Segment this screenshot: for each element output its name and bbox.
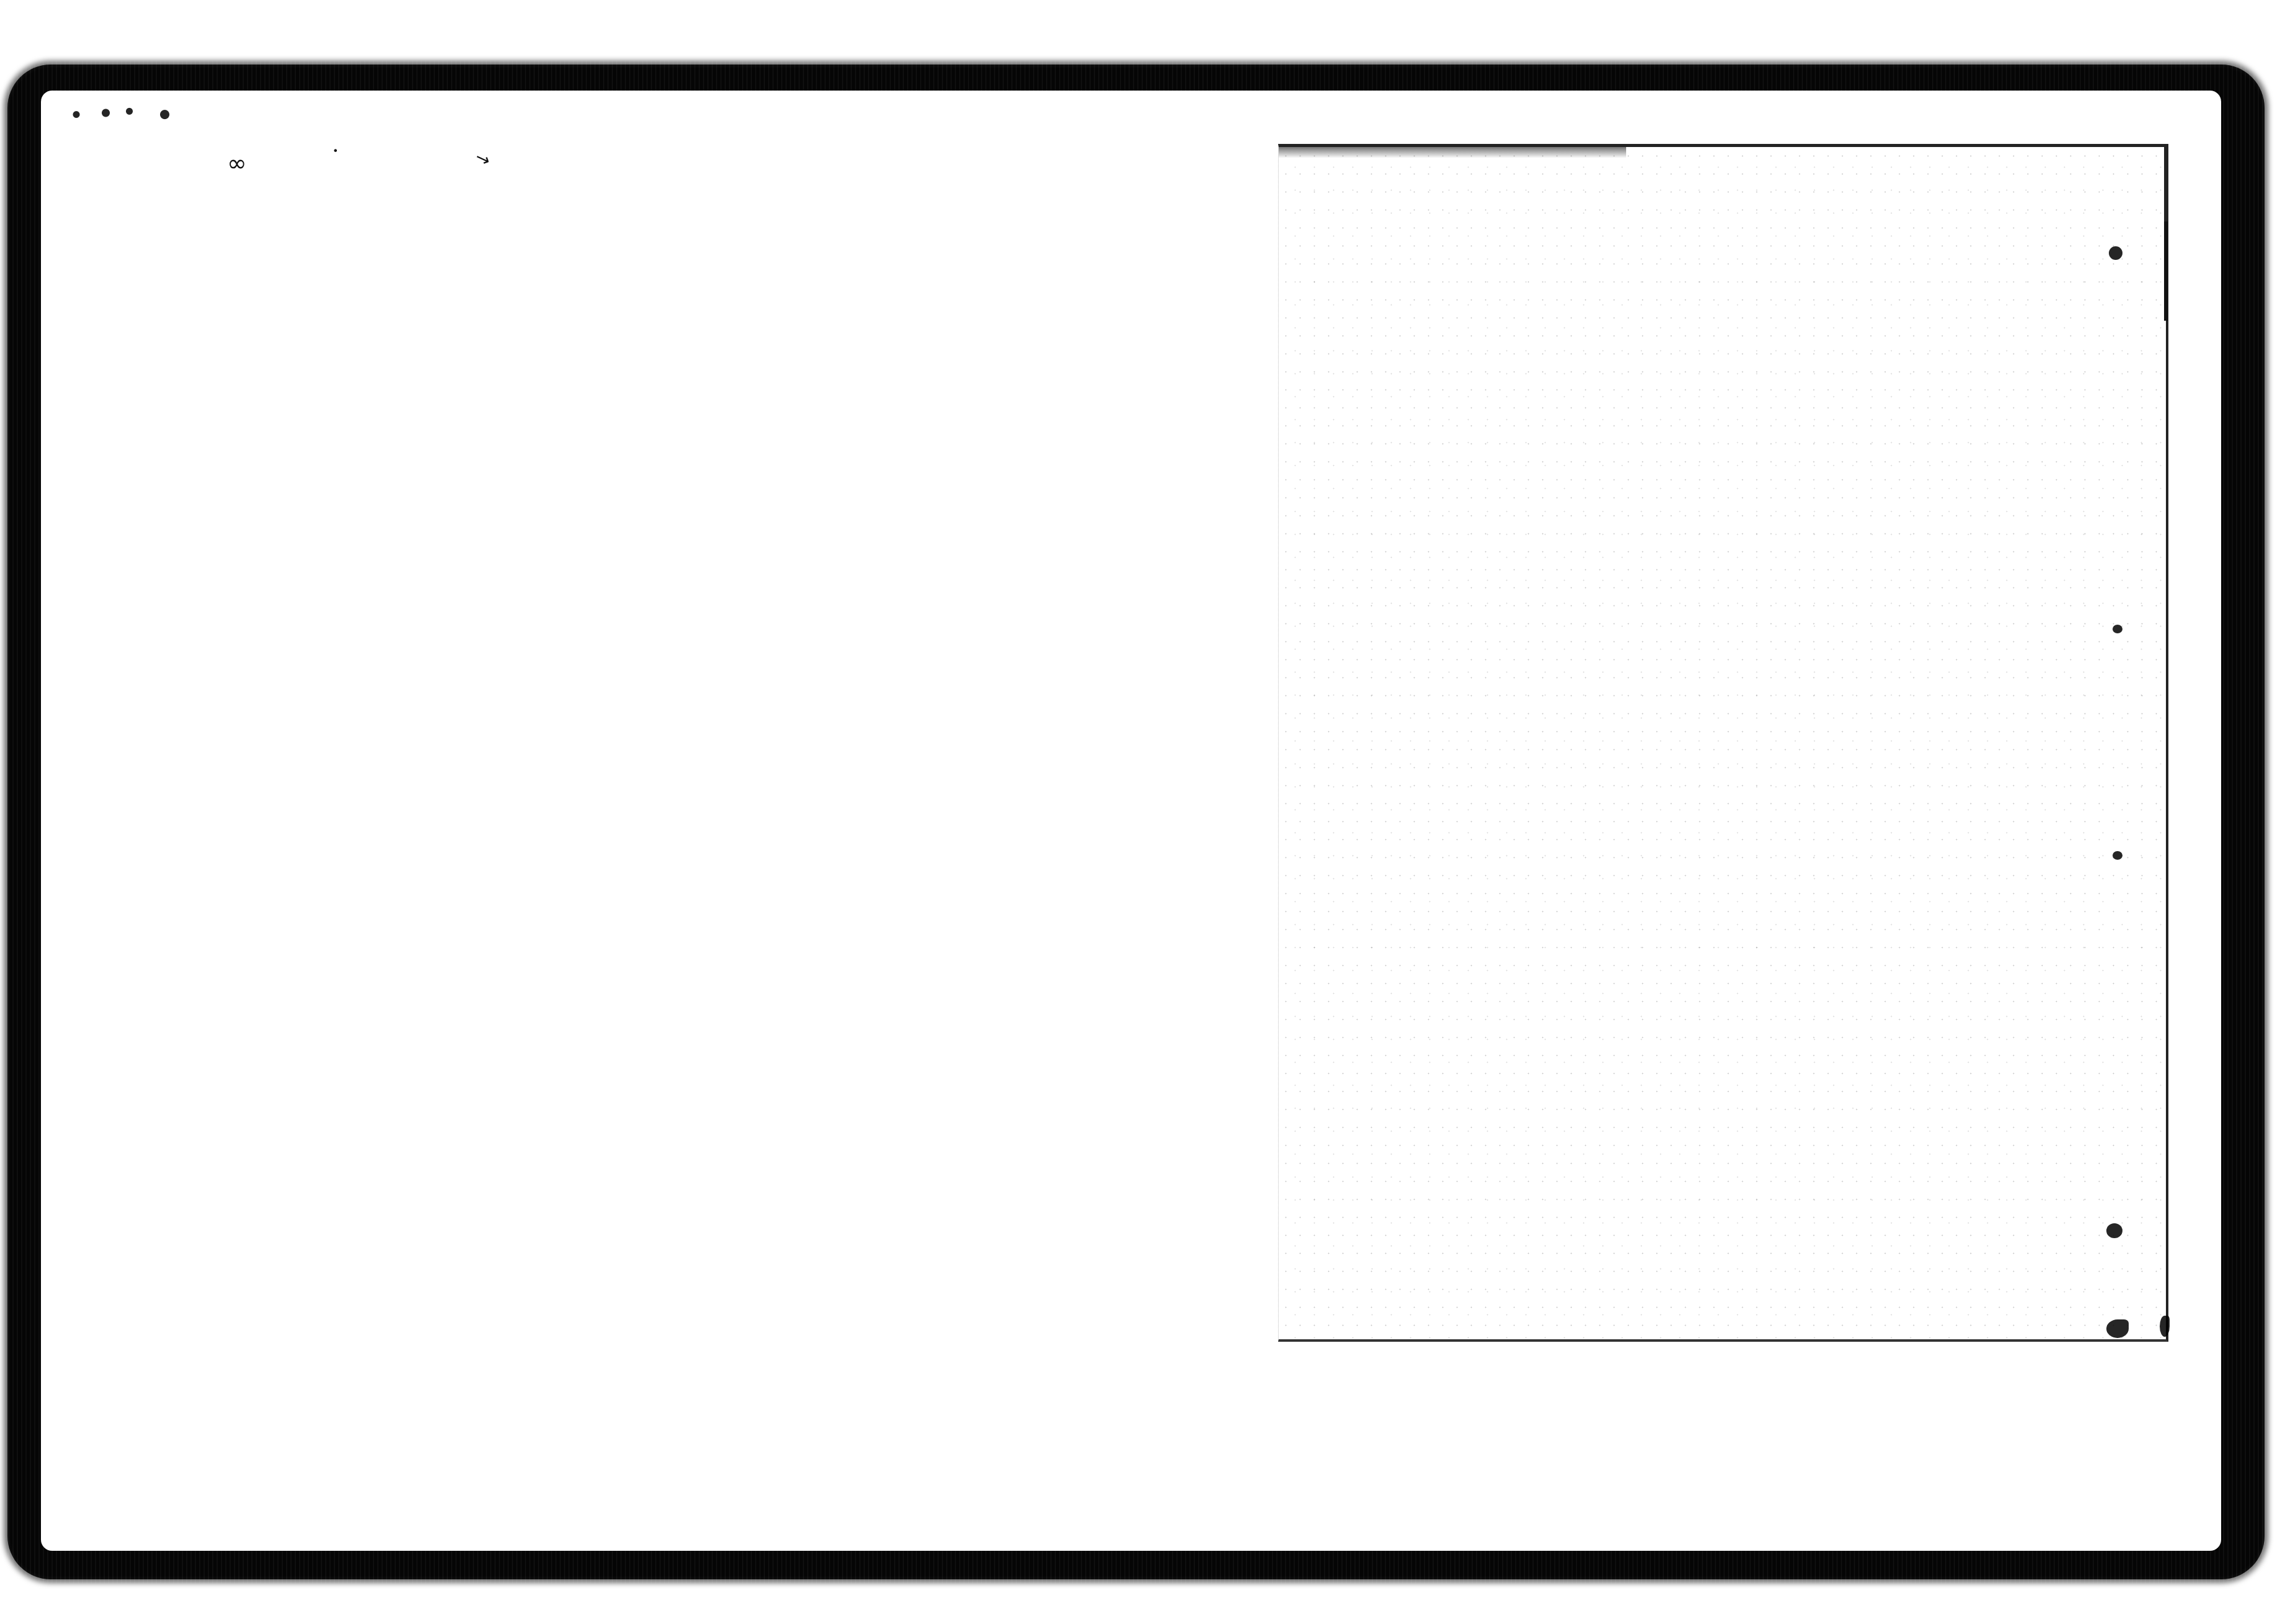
panel-icon-3[interactable] (2113, 851, 2122, 860)
panel-scrollbar[interactable] (2164, 147, 2167, 1339)
arrow-icon[interactable]: ↘ (473, 148, 493, 169)
panel-header (1279, 147, 1626, 158)
corner-edge-mark (2160, 1316, 2170, 1337)
main-content (66, 202, 1245, 1505)
resize-grip-icon[interactable] (2106, 1319, 2129, 1338)
toolbar: ∞ • ↘ (227, 146, 537, 184)
panel-icon-4[interactable] (2106, 1223, 2122, 1238)
link-icon[interactable]: ∞ (227, 151, 247, 175)
dot-icon[interactable]: • (333, 146, 338, 156)
panel-scroll-thumb[interactable] (2164, 221, 2168, 321)
panel-icon-2[interactable] (2113, 625, 2122, 633)
screen: ∞ • ↘ (41, 91, 2221, 1551)
panel-icon-1[interactable] (2109, 246, 2122, 260)
side-panel (1278, 144, 2168, 1342)
window-title (65, 104, 182, 126)
